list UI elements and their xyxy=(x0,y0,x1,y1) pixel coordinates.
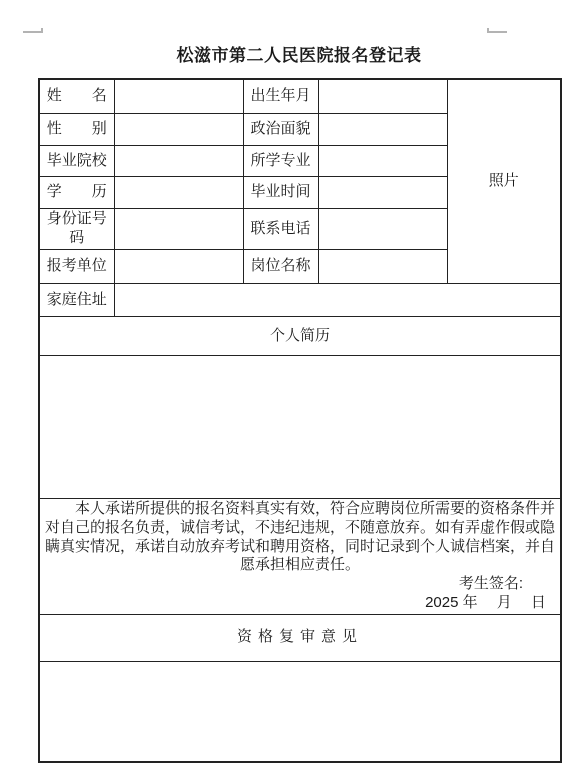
review-header: 资格复审意见 xyxy=(39,614,561,661)
declaration-text: 本人承诺所提供的报名资料真实有效，符合应聘岗位所需要的资格条件并对自己的报名负责… xyxy=(44,500,556,575)
field-value-graduation-time xyxy=(318,177,447,209)
field-label-graduation-school: 毕业院校 xyxy=(39,146,114,177)
resume-header: 个人简历 xyxy=(39,317,561,356)
field-label-name: 姓 名 xyxy=(39,79,114,114)
field-label-political-status: 政治面貌 xyxy=(243,114,318,146)
document-page: 松滋市第二人民医院报名登记表 姓 名 出生年月 照片 性 别 政治面貌 xyxy=(0,0,585,766)
field-label-phone: 联系电话 xyxy=(243,209,318,250)
crop-mark-right-tick xyxy=(487,28,489,32)
field-value-graduation-school xyxy=(114,146,243,177)
resume-header-row: 个人简历 xyxy=(39,317,561,356)
declaration-cell: 本人承诺所提供的报名资料真实有效，符合应聘岗位所需要的资格条件并对自己的报名负责… xyxy=(39,499,561,615)
crop-mark-left xyxy=(23,31,43,33)
form-row-name-birthdate: 姓 名 出生年月 照片 xyxy=(39,79,561,114)
field-label-birth-date: 出生年月 xyxy=(243,79,318,114)
field-value-id-number xyxy=(114,209,243,250)
field-label-education: 学 历 xyxy=(39,177,114,209)
resume-content-area xyxy=(39,356,561,499)
field-value-home-address xyxy=(114,284,561,317)
field-label-graduation-time: 毕业时间 xyxy=(243,177,318,209)
field-value-phone xyxy=(318,209,447,250)
page-title: 松滋市第二人民医院报名登记表 xyxy=(38,41,560,66)
photo-cell: 照片 xyxy=(447,79,561,284)
field-value-political-status xyxy=(318,114,447,146)
review-header-row: 资格复审意见 xyxy=(39,614,561,661)
field-value-major xyxy=(318,146,447,177)
field-label-id-number: 身份证号码 xyxy=(39,209,114,250)
crop-mark-right xyxy=(487,31,507,33)
crop-mark-left-tick xyxy=(41,28,43,32)
field-value-birth-date xyxy=(318,79,447,114)
field-value-gender xyxy=(114,114,243,146)
declaration-row: 本人承诺所提供的报名资料真实有效，符合应聘岗位所需要的资格条件并对自己的报名负责… xyxy=(39,499,561,615)
resume-content-row xyxy=(39,356,561,499)
review-content-row xyxy=(39,661,561,762)
field-label-gender: 性 别 xyxy=(39,114,114,146)
registration-form-table: 姓 名 出生年月 照片 性 别 政治面貌 毕业院校 所学专业 学 历 xyxy=(38,78,562,763)
form-row-address: 家庭住址 xyxy=(39,284,561,317)
date-line: 2025 年 月 日 xyxy=(415,594,556,613)
field-label-major: 所学专业 xyxy=(243,146,318,177)
field-label-home-address: 家庭住址 xyxy=(39,284,114,317)
field-value-position-name xyxy=(318,250,447,284)
field-value-name xyxy=(114,79,243,114)
field-value-application-unit xyxy=(114,250,243,284)
signature-label: 考生签名: xyxy=(426,575,556,594)
review-content-area xyxy=(39,661,561,762)
field-label-application-unit: 报考单位 xyxy=(39,250,114,284)
field-value-education xyxy=(114,177,243,209)
field-label-position-name: 岗位名称 xyxy=(243,250,318,284)
